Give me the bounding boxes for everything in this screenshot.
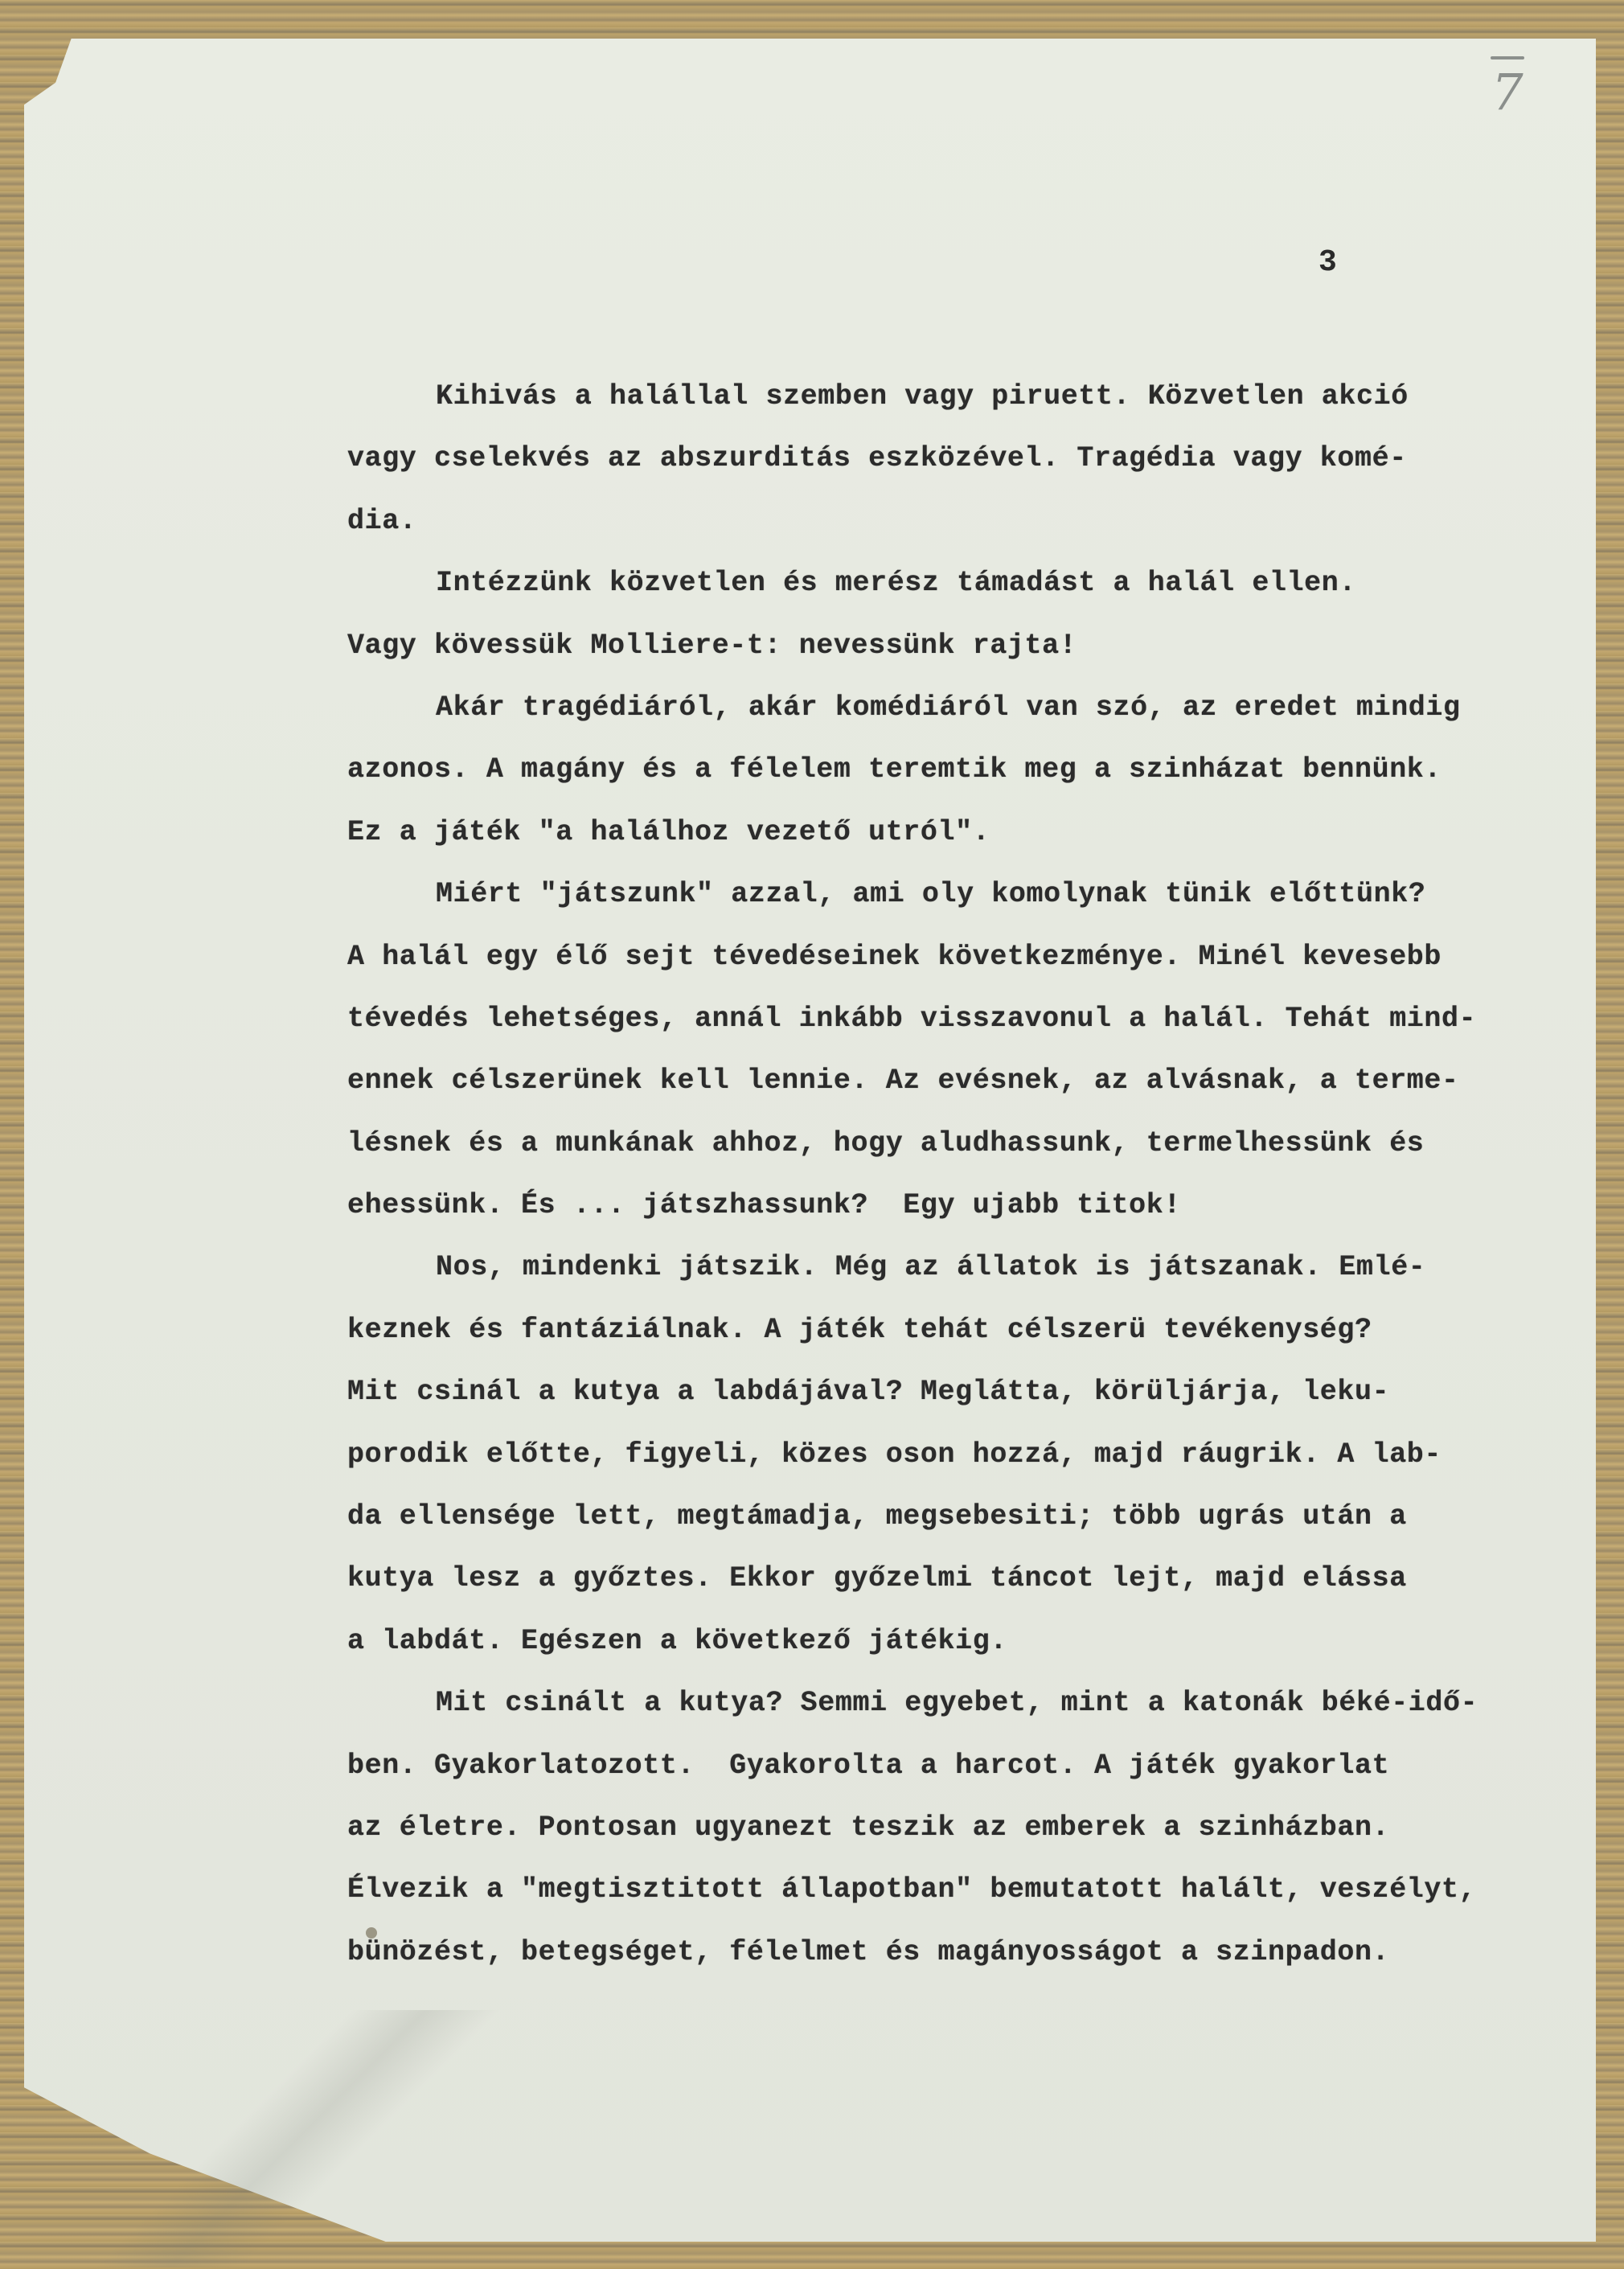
text-line: Intézzünk közvetlen és merész támadást a… — [347, 552, 1553, 614]
ink-smudge — [366, 1927, 377, 1939]
text-line: vagy cselekvés az abszurditás eszközével… — [347, 428, 1553, 490]
text-line: ehessünk. És ... játszhassunk? Egy ujabb… — [347, 1175, 1553, 1237]
text-line: porodik előtte, figyeli, közes oson hozz… — [347, 1424, 1553, 1486]
text-line: kutya lesz a győztes. Ekkor győzelmi tán… — [347, 1548, 1553, 1610]
text-line: Nos, mindenki játszik. Még az állatok is… — [347, 1237, 1553, 1299]
text-line: dia. — [347, 490, 1553, 552]
text-line: Akár tragédiáról, akár komédiáról van sz… — [347, 677, 1553, 739]
text-line: Kihivás a halállal szemben vagy piruett.… — [347, 366, 1553, 428]
text-line: Ez a játék "a halálhoz vezető utról". — [347, 802, 1553, 864]
text-line: da ellensége lett, megtámadja, megsebesi… — [347, 1486, 1553, 1548]
text-line: ennek célszerünek kell lennie. Az evésne… — [347, 1050, 1553, 1112]
text-line: azonos. A magány és a félelem teremtik m… — [347, 739, 1553, 801]
text-line: Mit csinált a kutya? Semmi egyebet, mint… — [347, 1672, 1553, 1734]
text-line: tévedés lehetséges, annál inkább visszav… — [347, 988, 1553, 1050]
text-line: ben. Gyakorlatozott. Gyakorolta a harcot… — [347, 1735, 1553, 1797]
text-line: az életre. Pontosan ugyanezt teszik az e… — [347, 1797, 1553, 1859]
archive-mark-bar — [1491, 56, 1524, 59]
document-body: Kihivás a halállal szemben vagy piruett.… — [347, 366, 1553, 1984]
text-line: Mit csinál a kutya a labdájával? Meglátt… — [347, 1361, 1553, 1423]
text-line: keznek és fantáziálnak. A játék tehát cé… — [347, 1299, 1553, 1361]
handwritten-archive-mark: 7 — [1483, 56, 1532, 137]
text-line: A halál egy élő sejt tévedéseinek követk… — [347, 926, 1553, 988]
text-line: Miért "játszunk" azzal, ami oly komolyna… — [347, 864, 1553, 925]
text-line: Élvezik a "megtisztitott állapotban" bem… — [347, 1859, 1553, 1921]
archive-mark-number: 7 — [1491, 63, 1523, 121]
page-number: 3 — [1318, 245, 1337, 280]
text-line: a labdát. Egészen a következő játékig. — [347, 1610, 1553, 1672]
text-line: lésnek és a munkának ahhoz, hogy aludhas… — [347, 1113, 1553, 1175]
text-line: Vagy kövessük Molliere-t: nevessünk rajt… — [347, 615, 1553, 677]
text-line: bünözést, betegséget, félelmet és magány… — [347, 1922, 1553, 1984]
